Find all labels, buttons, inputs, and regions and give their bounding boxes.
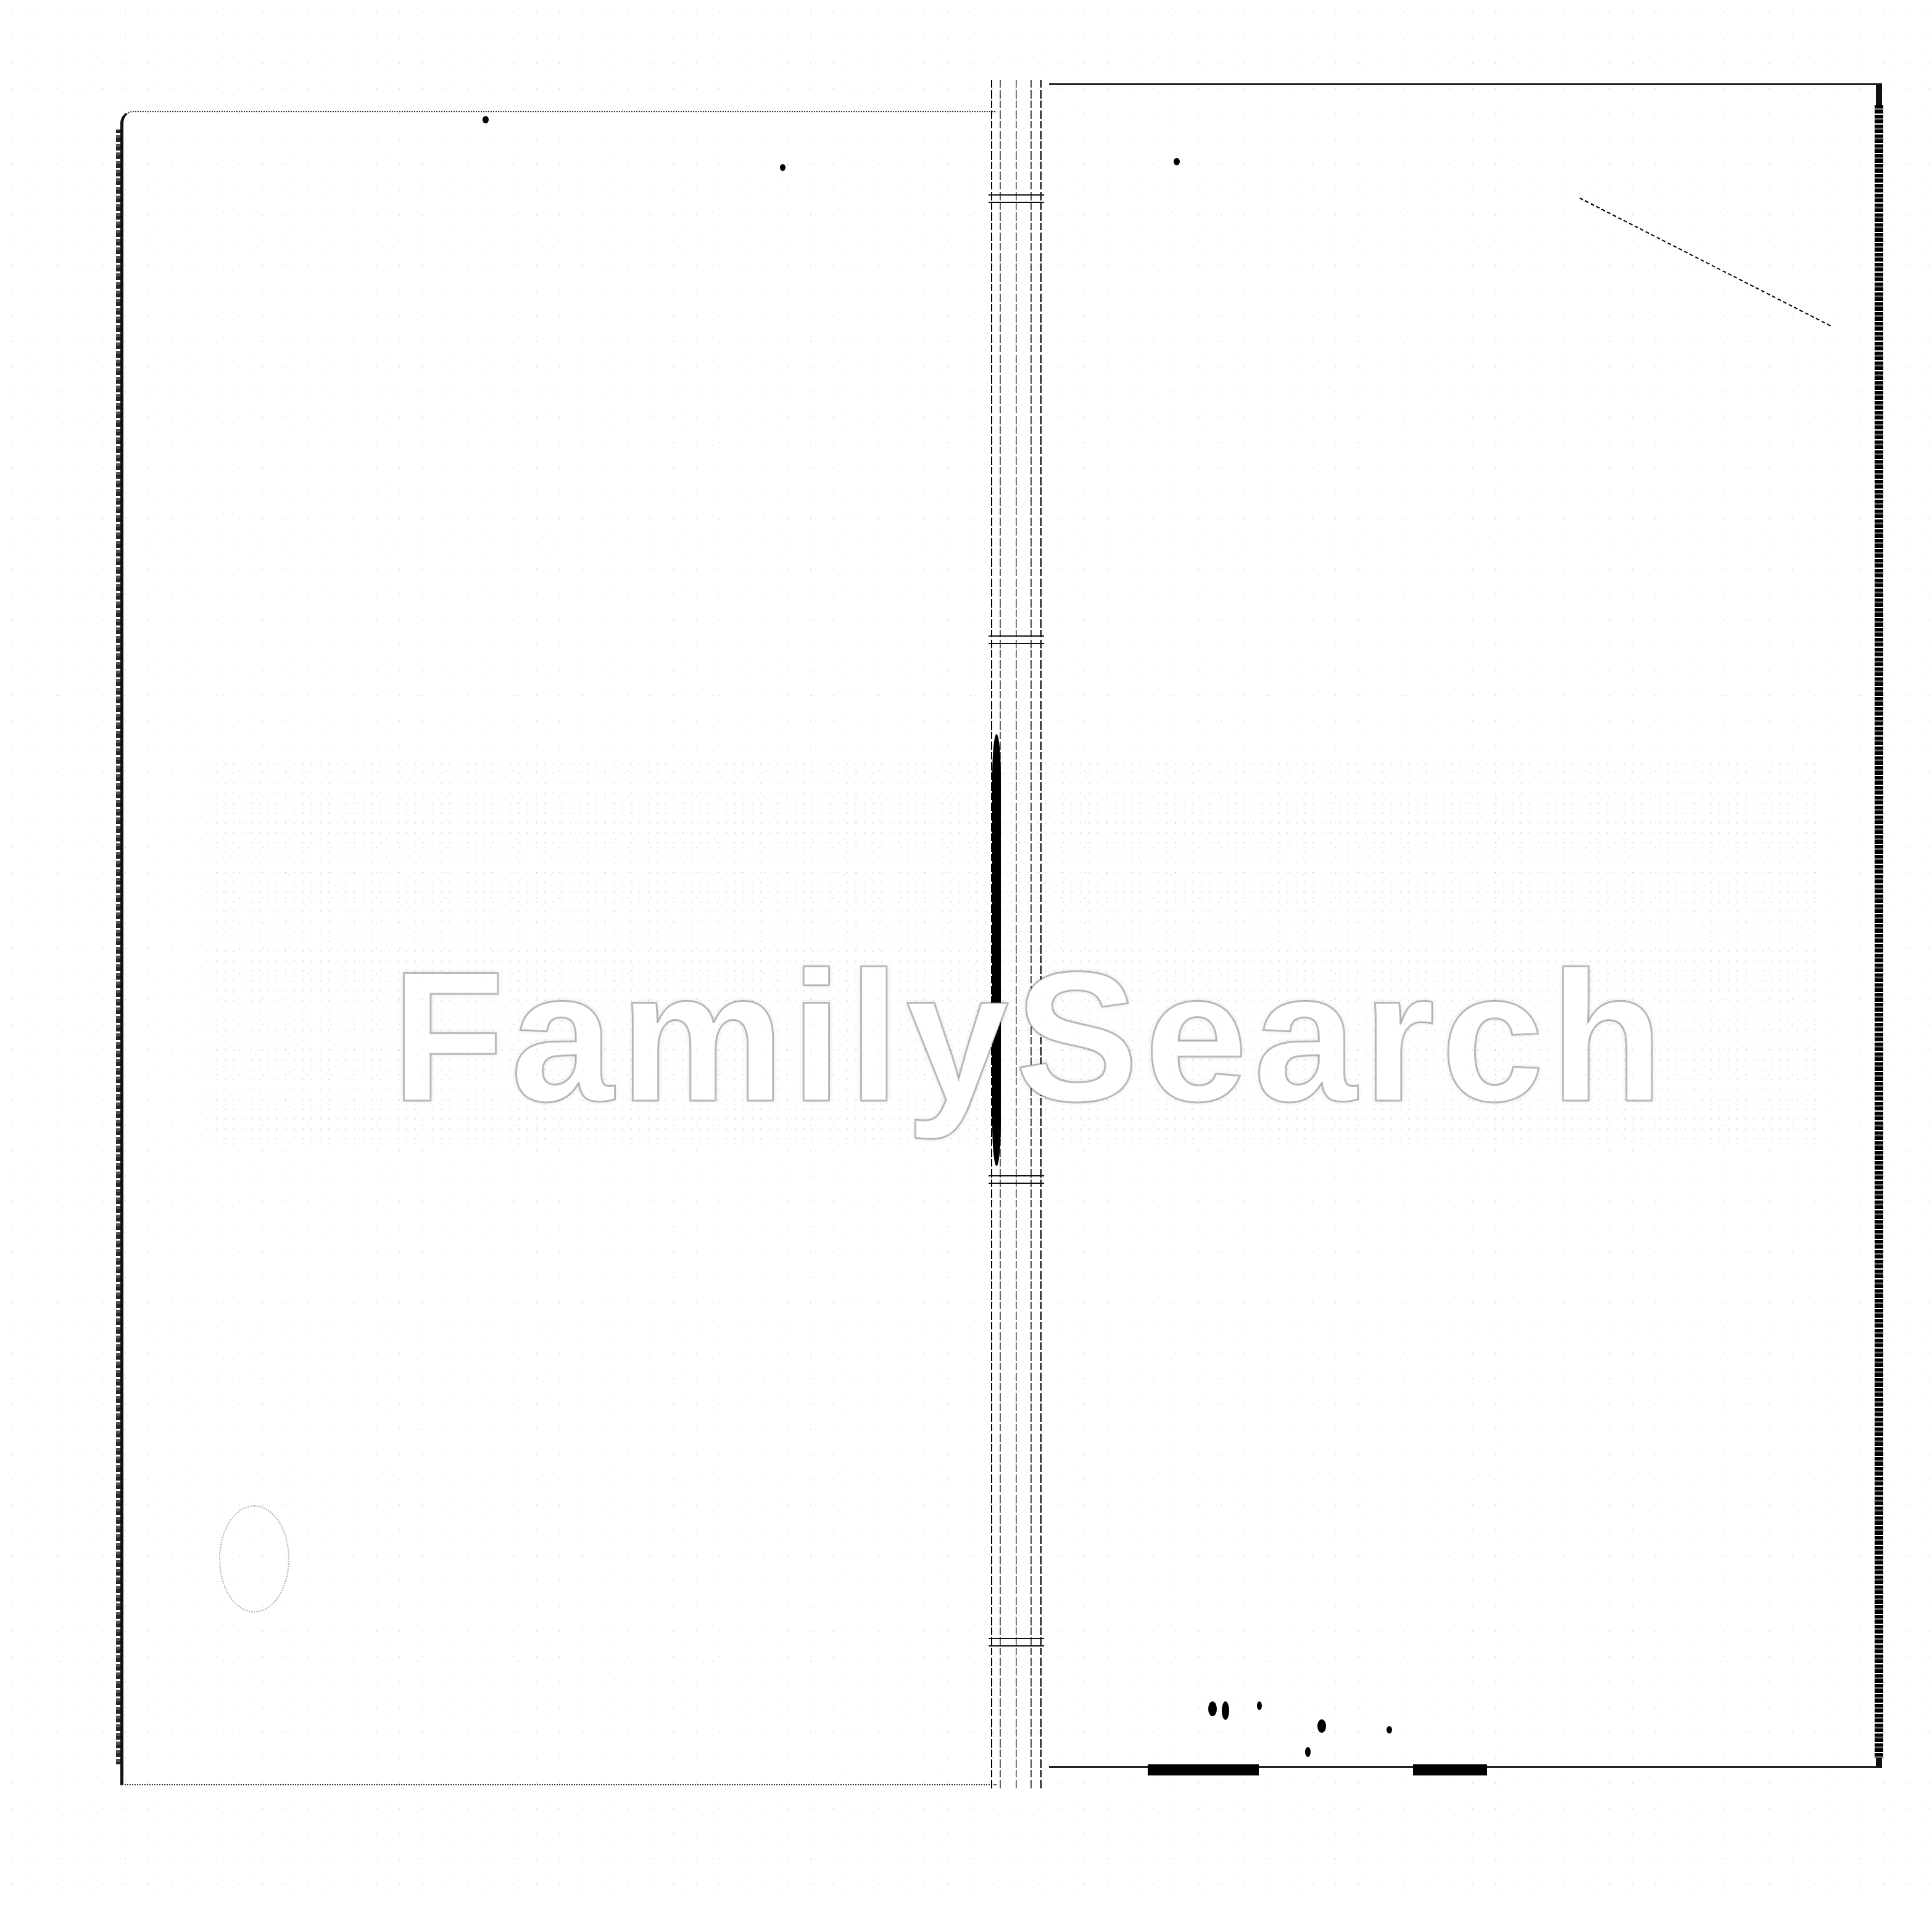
bottom-edge-ink xyxy=(1148,1764,1259,1775)
scanned-book-spread: FamilySearch xyxy=(0,0,1932,1905)
ink-spot xyxy=(1257,1701,1262,1710)
ink-spot xyxy=(1208,1701,1217,1716)
ink-spot xyxy=(1222,1701,1229,1720)
bottom-edge-ink xyxy=(1413,1764,1487,1775)
ink-spot xyxy=(780,164,786,171)
ink-spot xyxy=(1317,1719,1326,1733)
binding-tie xyxy=(989,1638,1044,1647)
ink-spot xyxy=(1387,1726,1392,1734)
right-page-edge xyxy=(1875,105,1883,1758)
watermark-text: FamilySearch xyxy=(259,938,1802,1135)
faint-seal-stamp xyxy=(219,1505,289,1613)
ink-spot xyxy=(1305,1747,1311,1757)
binding-tie xyxy=(989,1175,1044,1184)
ink-spot xyxy=(1174,158,1180,165)
binding-tie xyxy=(989,194,1044,203)
ink-spot xyxy=(483,116,489,123)
binding-tie xyxy=(989,635,1044,644)
